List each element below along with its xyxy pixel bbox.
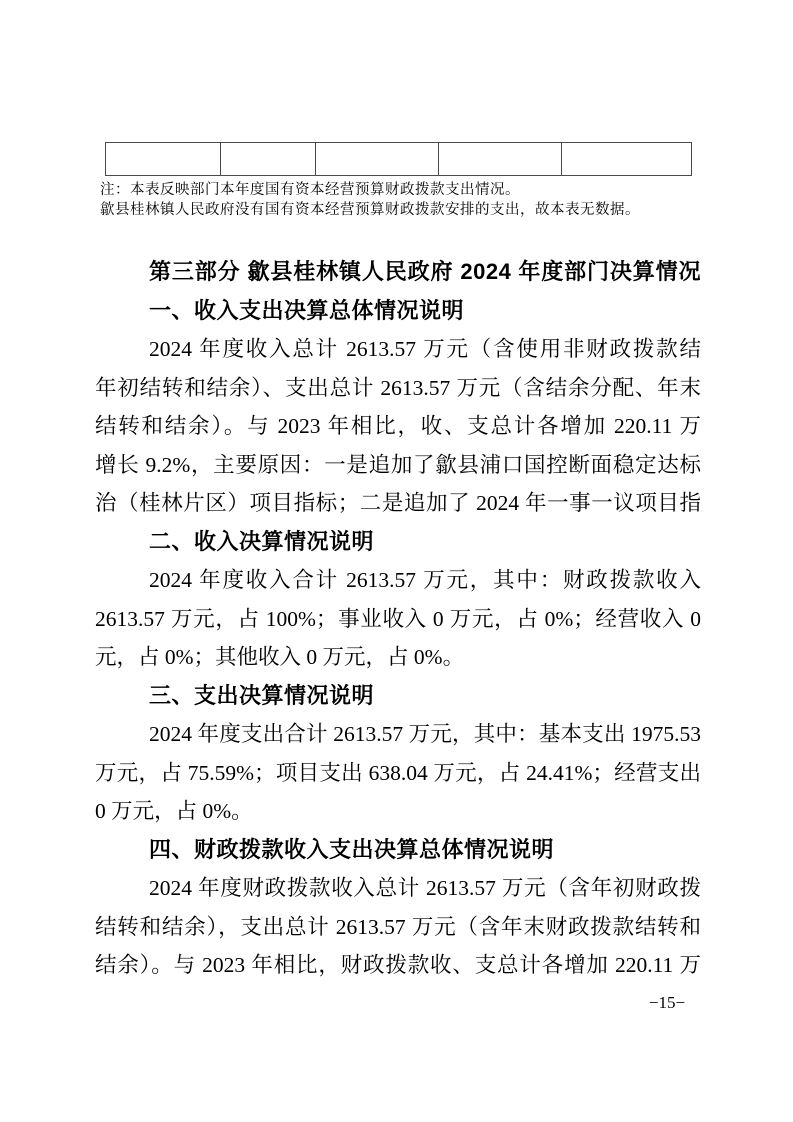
paragraph-line: 0 万元，占 0%。 <box>95 792 701 831</box>
paragraph-line: 2024 年度财政拨款收入总计 2613.57 万元（含年初财政拨款 <box>95 869 701 908</box>
paragraph-line: 结转和结余），支出总计 2613.57 万元（含年末财政拨款结转和 <box>95 908 701 947</box>
paragraph-line: 结余）。与 2023 年相比，财政拨款收、支总计各增加 220.11 万 <box>95 946 701 985</box>
part3-heading: 第三部分 歙县桂林镇人民政府 2024 年度部门决算情况说明 <box>95 253 701 292</box>
paragraph-line: 2024 年度收入合计 2613.57 万元，其中：财政拨款收入 <box>95 561 701 600</box>
paragraph-line: 年初结转和结余）、支出总计 2613.57 万元（含结余分配、年末 <box>95 369 701 408</box>
empty-budget-table-row <box>105 142 692 176</box>
main-text-block: 第三部分 歙县桂林镇人民政府 2024 年度部门决算情况说明 一、收入支出决算总… <box>95 253 701 985</box>
section4-heading: 四、财政拨款收入支出决算总体情况说明 <box>95 831 701 870</box>
table-note-line-2: 歙县桂林镇人民政府没有国有资本经营预算财政拨款安排的支出，故本表无数据。 <box>100 201 706 221</box>
table-cell <box>439 143 562 176</box>
table-notes: 注：本表反映部门本年度国有资本经营预算财政拨款支出情况。 歙县桂林镇人民政府没有… <box>100 181 706 220</box>
paragraph-line: 治（桂林片区）项目指标；二是追加了 2024 年一事一议项目指标。 <box>95 484 701 523</box>
paragraph-line: 增长 9.2%，主要原因：一是追加了歙县浦口国控断面稳定达标整 <box>95 446 701 485</box>
table-note-line-1: 注：本表反映部门本年度国有资本经营预算财政拨款支出情况。 <box>100 181 706 201</box>
page-number: −15− <box>638 992 696 1014</box>
table-cell <box>316 143 439 176</box>
paragraph-line: 2024 年度支出合计 2613.57 万元，其中：基本支出 1975.53 <box>95 715 701 754</box>
section2-heading: 二、收入决算情况说明 <box>95 523 701 562</box>
paragraph-line: 2613.57 万元，占 100%；事业收入 0 万元，占 0%；经营收入 0 … <box>95 600 701 639</box>
paragraph-line: 结转和结余）。与 2023 年相比，收、支总计各增加 220.11 万元， <box>95 407 701 446</box>
paragraph-line: 元，占 0%；其他收入 0 万元，占 0%。 <box>95 638 701 677</box>
table-cell <box>562 143 692 176</box>
section3-heading: 三、支出决算情况说明 <box>95 677 701 716</box>
section1-heading: 一、收入支出决算总体情况说明 <box>95 292 701 331</box>
table-cell <box>106 143 221 176</box>
table-cell <box>221 143 316 176</box>
document-page: 注：本表反映部门本年度国有资本经营预算财政拨款支出情况。 歙县桂林镇人民政府没有… <box>0 0 793 1122</box>
paragraph-line: 万元，占 75.59%；项目支出 638.04 万元，占 24.41%；经营支出 <box>95 754 701 793</box>
table-row <box>106 143 692 176</box>
paragraph-line: 2024 年度收入总计 2613.57 万元（含使用非财政拨款结余、 <box>95 330 701 369</box>
